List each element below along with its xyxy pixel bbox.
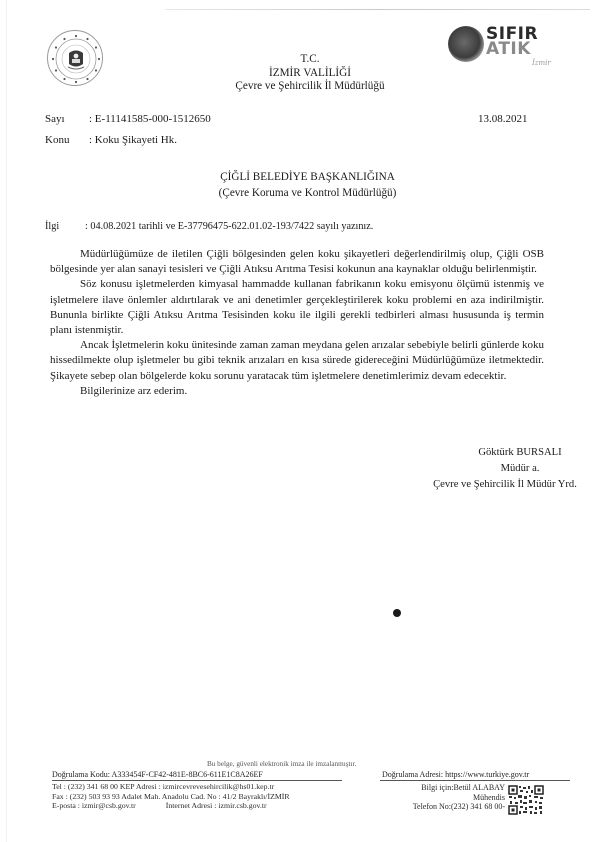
- addressee-name: ÇİĞLİ BELEDİYE BAŞKANLIĞINA: [15, 169, 600, 185]
- letter-body: Müdürlüğümüze de iletilen Çiğli bölgesin…: [50, 247, 544, 399]
- sayi-value: : E-11141585-000-1512650: [89, 113, 211, 125]
- e-signature-notice: Bu belge, güvenli elektronik imza ile im…: [207, 760, 356, 768]
- body-paragraph: Müdürlüğümüze de iletilen Çiğli bölgesin…: [50, 247, 544, 277]
- body-paragraph: Söz konusu işletmelerden kimyasal hammad…: [50, 277, 544, 338]
- sayi-row: Sayı: E-11141585-000-1512650: [45, 113, 211, 125]
- info-contact-name: Bilgi için:Betül ALABAY: [405, 783, 505, 793]
- signatory-position: Çevre ve Şehircilik İl Müdür Yrd.: [405, 477, 600, 493]
- header-directorate: Çevre ve Şehircilik İl Müdürlüğü: [20, 80, 600, 94]
- contact-info: Tel : (232) 341 68 00 KEP Adresi : izmir…: [52, 782, 290, 811]
- scan-line: [165, 9, 590, 10]
- info-contact: Bilgi için:Betül ALABAY Mühendis Telefon…: [405, 783, 505, 812]
- footer-divider: [380, 780, 570, 781]
- contact-fax: Fax : (232) 503 93 93 Adalet Mah. Anadol…: [52, 792, 290, 802]
- reference-value: : 04.08.2021 tarihli ve E-37796475-622.0…: [85, 221, 373, 232]
- info-contact-phone: Telefon No:(232) 341 68 00-: [405, 802, 505, 812]
- scan-edge: [6, 0, 7, 842]
- closing-line: Bilgilerinize arz ederim.: [50, 384, 544, 399]
- info-contact-title: Mühendis: [405, 793, 505, 803]
- contact-email-link[interactable]: E-posta : izmir@csb.gov.tr: [52, 801, 136, 810]
- contact-tel: Tel : (232) 341 68 00 KEP Adresi : izmir…: [52, 782, 290, 792]
- body-paragraph: Ancak İşletmelerin koku ünitesinde zaman…: [50, 338, 544, 384]
- reference-row: İlgi: 04.08.2021 tarihli ve E-37796475-6…: [45, 221, 373, 232]
- scan-dot-mark: [393, 609, 401, 617]
- header-tc: T.C.: [20, 53, 600, 67]
- konu-row: Konu: Koku Şikayeti Hk.: [45, 134, 177, 146]
- signature-block: Göktürk BURSALI Müdür a. Çevre ve Şehirc…: [405, 445, 600, 493]
- header-governorship: İZMİR VALİLİĞİ: [20, 67, 600, 81]
- footer: Bu belge, güvenli elektronik imza ile im…: [0, 0, 600, 842]
- letterhead: T.C. İZMİR VALİLİĞİ Çevre ve Şehircilik …: [0, 53, 600, 94]
- konu-value: : Koku Şikayeti Hk.: [89, 134, 177, 146]
- footer-divider: [52, 780, 342, 781]
- konu-label: Konu: [45, 134, 89, 146]
- verification-code: Doğrulama Kodu: A333454F-CF42-481E-8BC6-…: [52, 770, 263, 779]
- document-date: 13.08.2021: [478, 113, 528, 125]
- verification-address-link[interactable]: Doğrulama Adresi: https://www.turkiye.go…: [382, 770, 529, 779]
- addressee-department: (Çevre Koruma ve Kontrol Müdürlüğü): [15, 185, 600, 201]
- signatory-title: Müdür a.: [435, 461, 600, 477]
- contact-web-link[interactable]: İnternet Adresi : izmir.csb.gov.tr: [166, 801, 267, 810]
- addressee: ÇİĞLİ BELEDİYE BAŞKANLIĞINA (Çevre Korum…: [0, 169, 600, 201]
- qr-code-icon[interactable]: [508, 785, 544, 815]
- signatory-name: Göktürk BURSALI: [435, 445, 600, 461]
- reference-label: İlgi: [45, 221, 85, 232]
- sayi-label: Sayı: [45, 113, 89, 125]
